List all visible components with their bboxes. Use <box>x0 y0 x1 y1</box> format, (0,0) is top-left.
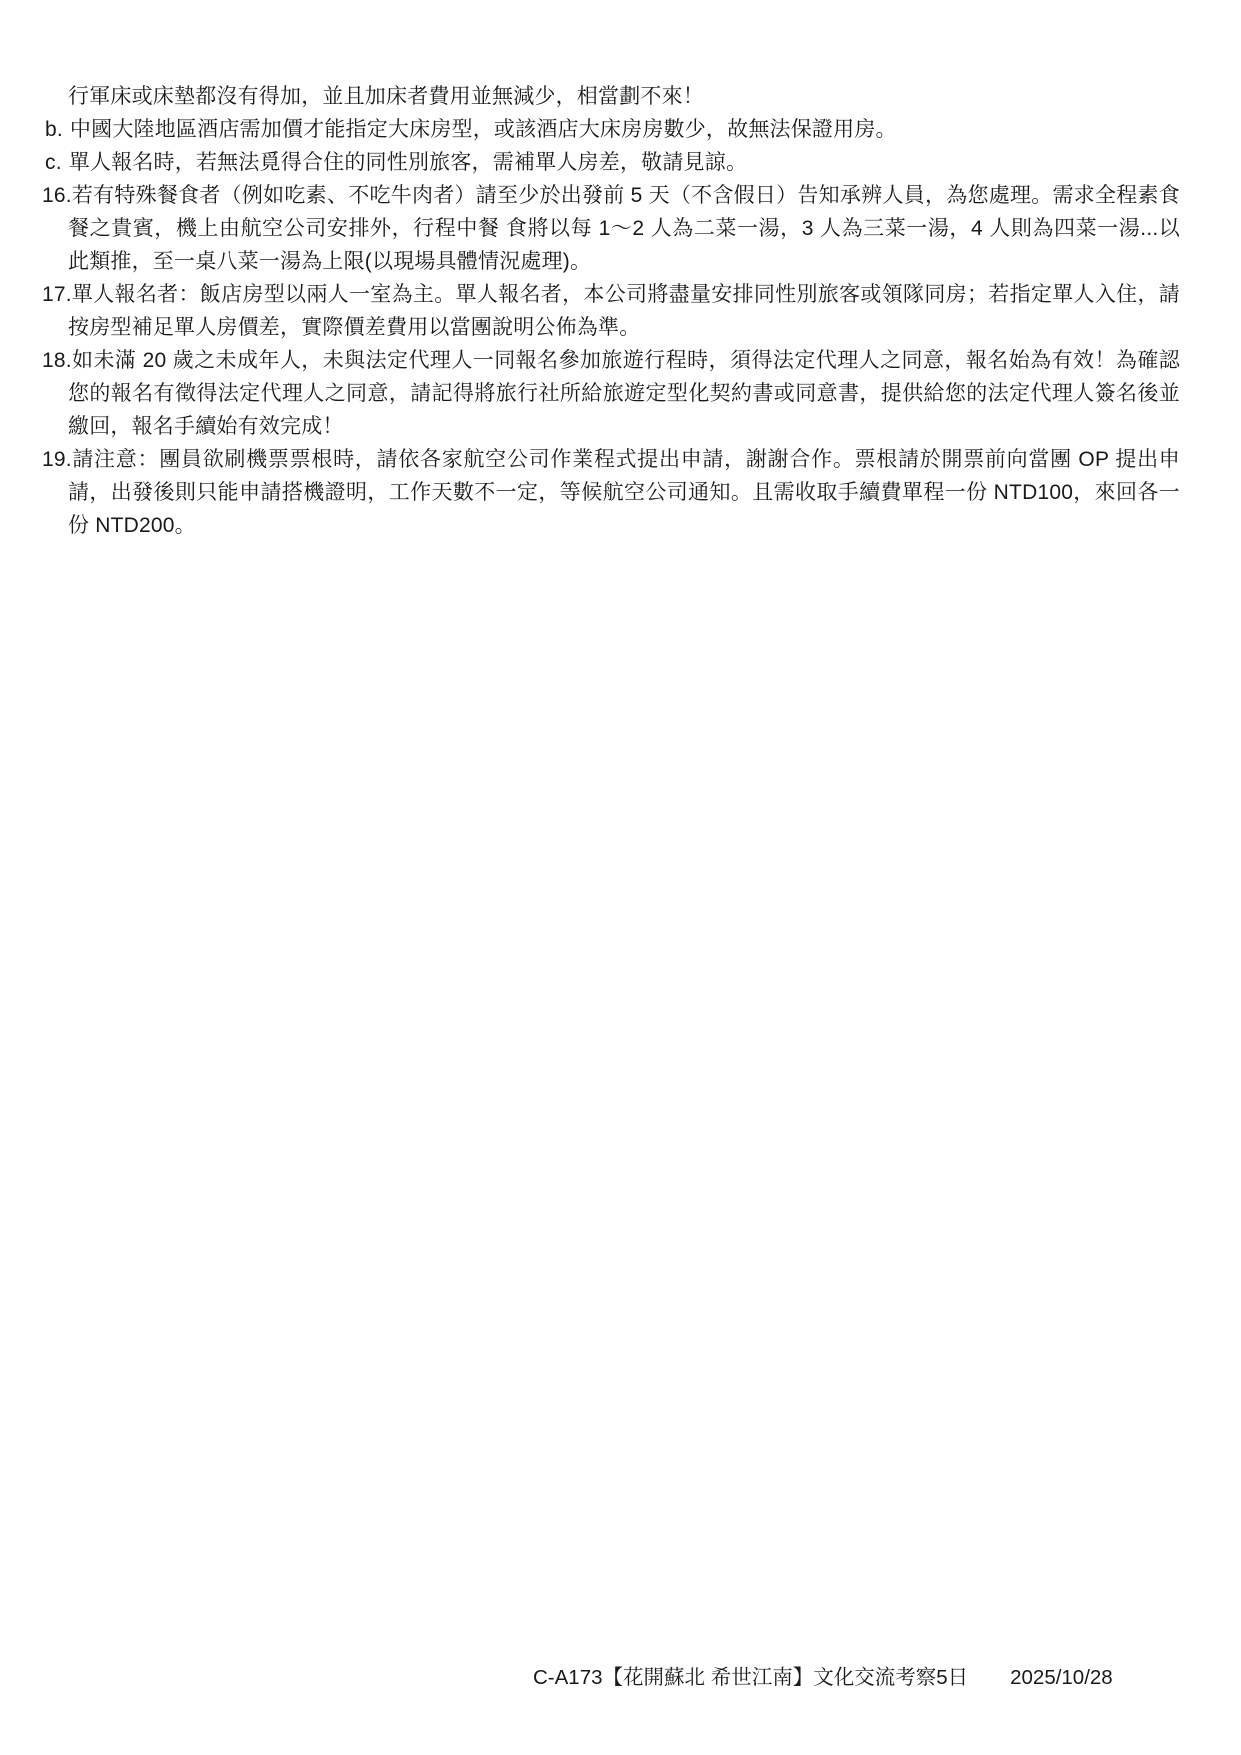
list-item-marker: 16. <box>42 184 72 207</box>
footer-tour-title: C-A173【花開蘇北 希世江南】文化交流考察5日 <box>533 1664 968 1692</box>
list-item-a-continuation: 行軍床或床墊都沒有得加，並且加床者費用並無減少，相當劃不來！ <box>68 80 1180 113</box>
list-item-18: 18.如未滿 20 歲之未成年人，未與法定代理人一同報名參加旅遊行程時，須得法定… <box>68 344 1180 443</box>
footer-date: 2025/10/28 <box>1010 1664 1113 1692</box>
list-item-text: 如未滿 20 歲之未成年人，未與法定代理人一同報名參加旅遊行程時，須得法定代理人… <box>68 349 1180 438</box>
document-page: 行軍床或床墊都沒有得加，並且加床者費用並無減少，相當劃不來！ b.中國大陸地區酒… <box>0 0 1241 1755</box>
list-item-marker: 17. <box>42 283 72 306</box>
list-item-b: b.中國大陸地區酒店需加價才能指定大床房型，或該酒店大床房房數少，故無法保證用房… <box>68 113 1180 146</box>
terms-list: 行軍床或床墊都沒有得加，並且加床者費用並無減少，相當劃不來！ b.中國大陸地區酒… <box>68 80 1180 542</box>
list-item-marker: 19. <box>42 448 72 471</box>
list-item-marker: c. <box>45 151 62 174</box>
list-item-text: 單人報名時，若無法覓得合住的同性別旅客，需補單人房差，敬請見諒。 <box>69 151 747 174</box>
list-item-17: 17.單人報名者：飯店房型以兩人一室為主。單人報名者，本公司將盡量安排同性別旅客… <box>68 278 1180 344</box>
list-item-text: 請注意：團員欲刷機票票根時，請依各家航空公司作業程式提出申請，謝謝合作。票根請於… <box>68 448 1180 537</box>
list-item-19: 19.請注意：團員欲刷機票票根時，請依各家航空公司作業程式提出申請，謝謝合作。票… <box>68 443 1180 542</box>
list-item-text: 行軍床或床墊都沒有得加，並且加床者費用並無減少，相當劃不來！ <box>68 85 704 108</box>
list-item-text: 中國大陸地區酒店需加價才能指定大床房型，或該酒店大床房房數少，故無法保證用房。 <box>70 118 897 141</box>
list-item-marker: 18. <box>42 349 72 372</box>
list-item-text: 若有特殊餐食者（例如吃素、不吃牛肉者）請至少於出發前 5 天（不含假日）告知承辨… <box>68 184 1180 273</box>
list-item-text: 單人報名者：飯店房型以兩人一室為主。單人報名者，本公司將盡量安排同性別旅客或領隊… <box>68 283 1180 339</box>
list-item-16: 16.若有特殊餐食者（例如吃素、不吃牛肉者）請至少於出發前 5 天（不含假日）告… <box>68 179 1180 278</box>
list-item-marker: b. <box>45 118 63 141</box>
page-footer: C-A173【花開蘇北 希世江南】文化交流考察5日 2025/10/28 <box>533 1664 1113 1692</box>
list-item-c: c.單人報名時，若無法覓得合住的同性別旅客，需補單人房差，敬請見諒。 <box>68 146 1180 179</box>
